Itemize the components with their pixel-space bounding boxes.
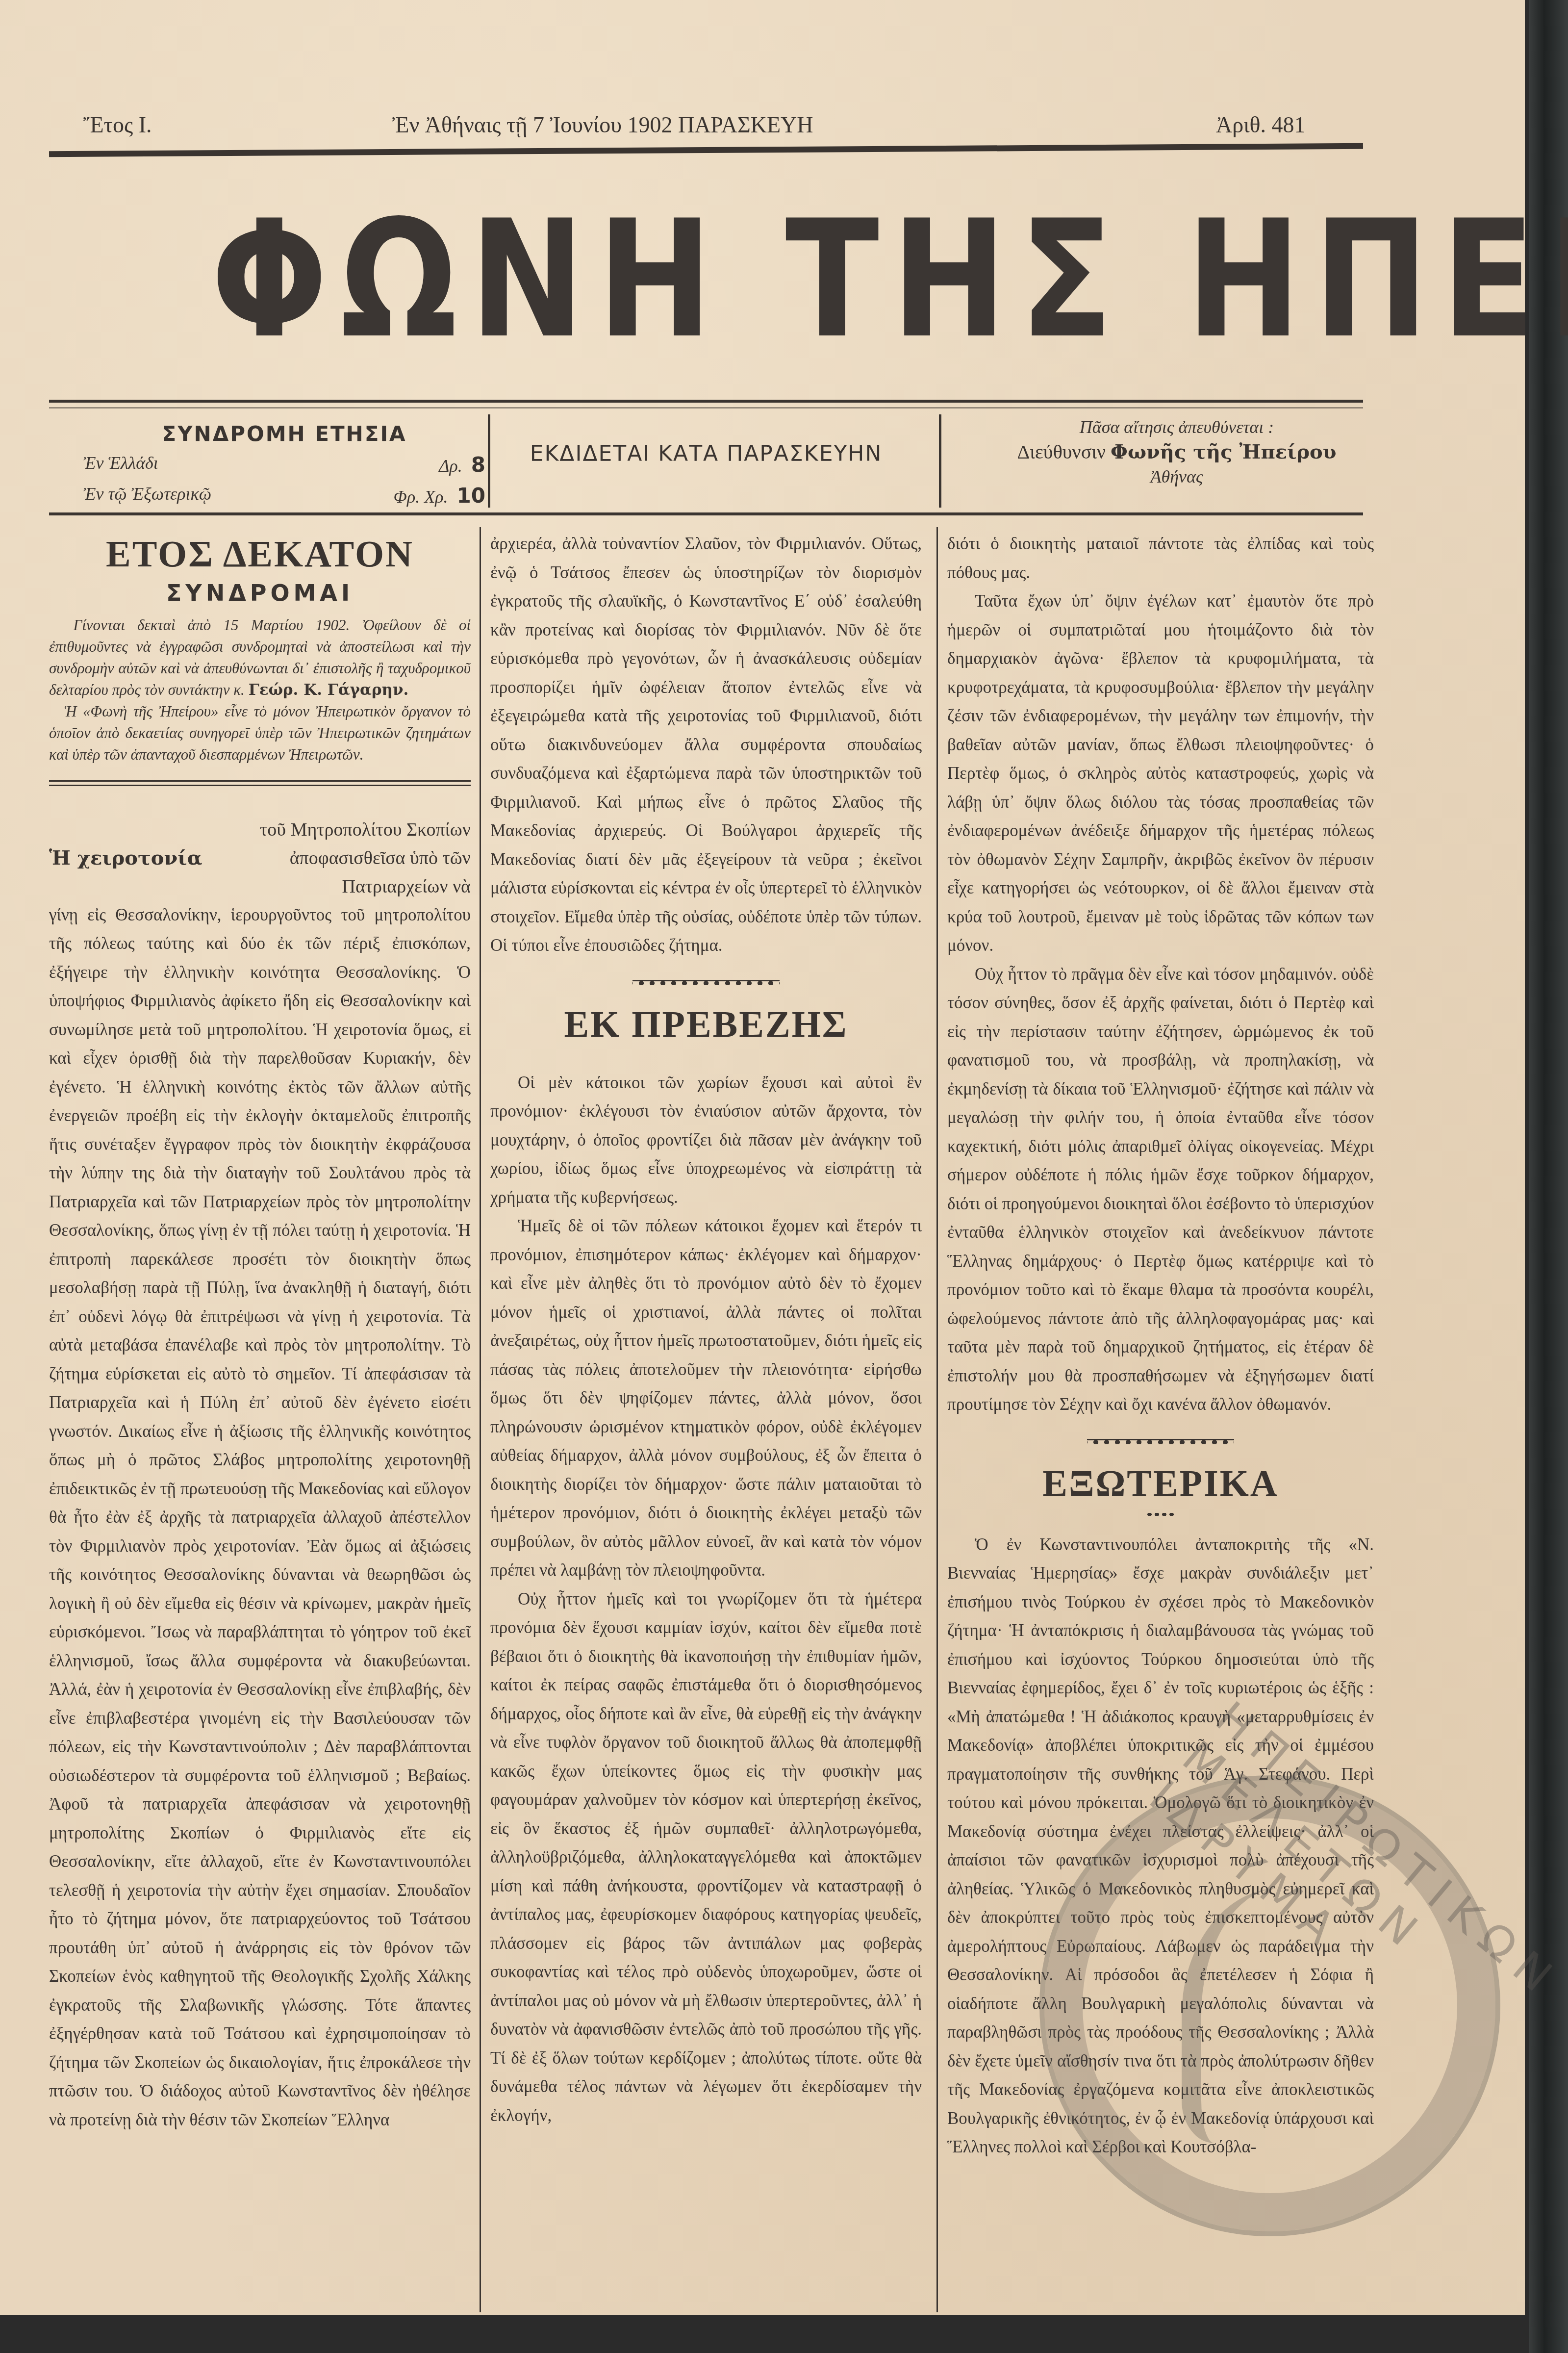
subscription-box: ΣΥΝΔΡΟΜΗ ΕΤΗΣΙΑ Ἐν Ἑλλάδι Δρ. 8 Ἐν τῷ Ἐξ… [83,422,485,508]
subscription-unit: Φρ. Χρ. [394,487,448,507]
address-line2: Διεύθυνσιν Φωνῆς τῆς Ἠπείρου [961,440,1392,463]
address-prefix: Διεύθυνσιν [1017,441,1106,463]
subscription-title: ΣΥΝΔΡΟΜΗ ΕΤΗΣΙΑ [83,422,485,446]
subscription-row-abroad: Ἐν τῷ Ἐξωτερικῷ Φρ. Χρ. 10 [83,484,485,508]
publication-note: ΕΚΔΙΔΕΤΑΙ ΚΑΤΑ ΠΑΡΑΣΚΕΥΗΝ [495,441,917,466]
masthead-title: ΦΩΝΗ ΤΗΣ ΗΠΕΙΡΟΥ [211,186,1044,373]
paragraph: Ταῦτα ἔχων ὑπ᾿ ὄψιν ἐγέλων κατ᾿ ἐμαυτὸν … [947,587,1374,960]
subscription-notice: Γίνονται δεκταὶ ἀπὸ 15 Μαρτίου 1902. Ὀφε… [49,614,471,766]
ornament-small [1146,1513,1175,1516]
paragraph: Ὁ ἐν Κωνσταντινουπόλει ἀνταποκριτὴς τῆς … [947,1531,1374,2162]
address-line1: Πᾶσα αἴτησις ἀπευθύνεται : [961,417,1392,437]
paragraph: Οἱ μὲν κάτοικοι τῶν χωρίων ἔχουσι καὶ αὐ… [490,1069,922,1212]
subscription-unit: Δρ. [439,456,462,476]
article-continuation: ἀρχιερέα, ἀλλὰ τοὐναντίον Σλαῦον, τὸν Φι… [490,530,922,960]
address-box: Πᾶσα αἴτησις ἀπευθύνεται : Διεύθυνσιν Φω… [961,417,1392,487]
subscription-amount: 10 [457,484,485,508]
subscription-label: Ἐν Ἑλλάδι [83,453,158,477]
section-title-ek-prevezis: ΕΚ ΠΡΕΒΕΖΗΣ [490,1000,922,1049]
double-rule [49,780,471,786]
subscription-row-greece: Ἐν Ἑλλάδι Δρ. 8 [83,453,485,477]
subscription-amount: 8 [471,453,485,477]
editor-name: Γεώρ. Κ. Γάγαρην. [249,681,409,699]
ornament-divider [632,980,780,985]
address-name: Φωνῆς τῆς Ἠπείρου [1111,440,1336,463]
article-heading-cheirotonia: Ἡ χειροτονία [49,844,240,873]
newspaper-page: Ἔτος Ι. Ἐν Ἀθήναις τῇ 7 Ἰουνίου 1902 ΠΑΡ… [0,0,1525,2315]
header-divider [939,414,941,508]
paragraph: διότι ὁ διοικητὴς ματαιοῖ πάντοτε τὰς ἐλ… [947,530,1374,587]
header-bottom-rule [49,512,1363,515]
dateline: Ἐν Ἀθήναις τῇ 7 Ἰουνίου 1902 ΠΑΡΑΣΚΕΥΗ [392,112,813,138]
column-2: ἀρχιερέα, ἀλλὰ τοὐναντίον Σλαῦον, τὸν Φι… [490,530,922,2130]
section-subtitle-syndromai: ΣΥΝΔΡΟΜΑΙ [49,579,471,608]
issue-number: Ἀριθ. 481 [1216,112,1306,138]
address-city: Ἀθήνας [961,466,1392,487]
column-divider [936,527,938,2312]
paper-description: Ἡ «Φωνὴ τῆς Ἠπείρου» εἶνε τὸ μόνον Ἠπειρ… [49,701,471,766]
article-body: γίνῃ εἰς Θεσσαλονίκην, ἱερουργοῦντος τοῦ… [49,901,471,2135]
column-3: διότι ὁ διοικητὴς ματαιοῖ πάντοτε τὰς ἐλ… [947,530,1374,2162]
paragraph: Ἡμεῖς δὲ οἱ τῶν πόλεων κάτοικοι ἔχομεν κ… [490,1212,922,1585]
section-title-exoterika: ΕΞΩΤΕΡΙΚΑ [947,1459,1374,1508]
column-1: ΕΤΟΣ ΔΕΚΑΤΟΝ ΣΥΝΔΡΟΜΑΙ Γίνονται δεκταὶ ἀ… [49,530,471,2134]
paragraph: Οὐχ ἧττον ἡμεῖς καὶ τοι γνωρίζομεν ὅτι τ… [490,1585,922,2130]
ornament-divider [1087,1439,1234,1444]
paragraph: Οὐχ ἧττον τὸ πρᾶγμα δὲν εἶνε καὶ τόσον μ… [947,960,1374,1419]
masthead-rule-dotted [49,407,1363,409]
year-label: Ἔτος Ι. [83,112,152,138]
column-divider [480,527,481,2312]
header-divider [488,414,490,508]
masthead-rule [49,400,1363,403]
top-rule [49,143,1363,157]
section-title-etos-dekaton: ΕΤΟΣ ΔΕΚΑΤΟΝ [49,530,471,579]
subscription-label: Ἐν τῷ Ἐξωτερικῷ [83,484,211,508]
